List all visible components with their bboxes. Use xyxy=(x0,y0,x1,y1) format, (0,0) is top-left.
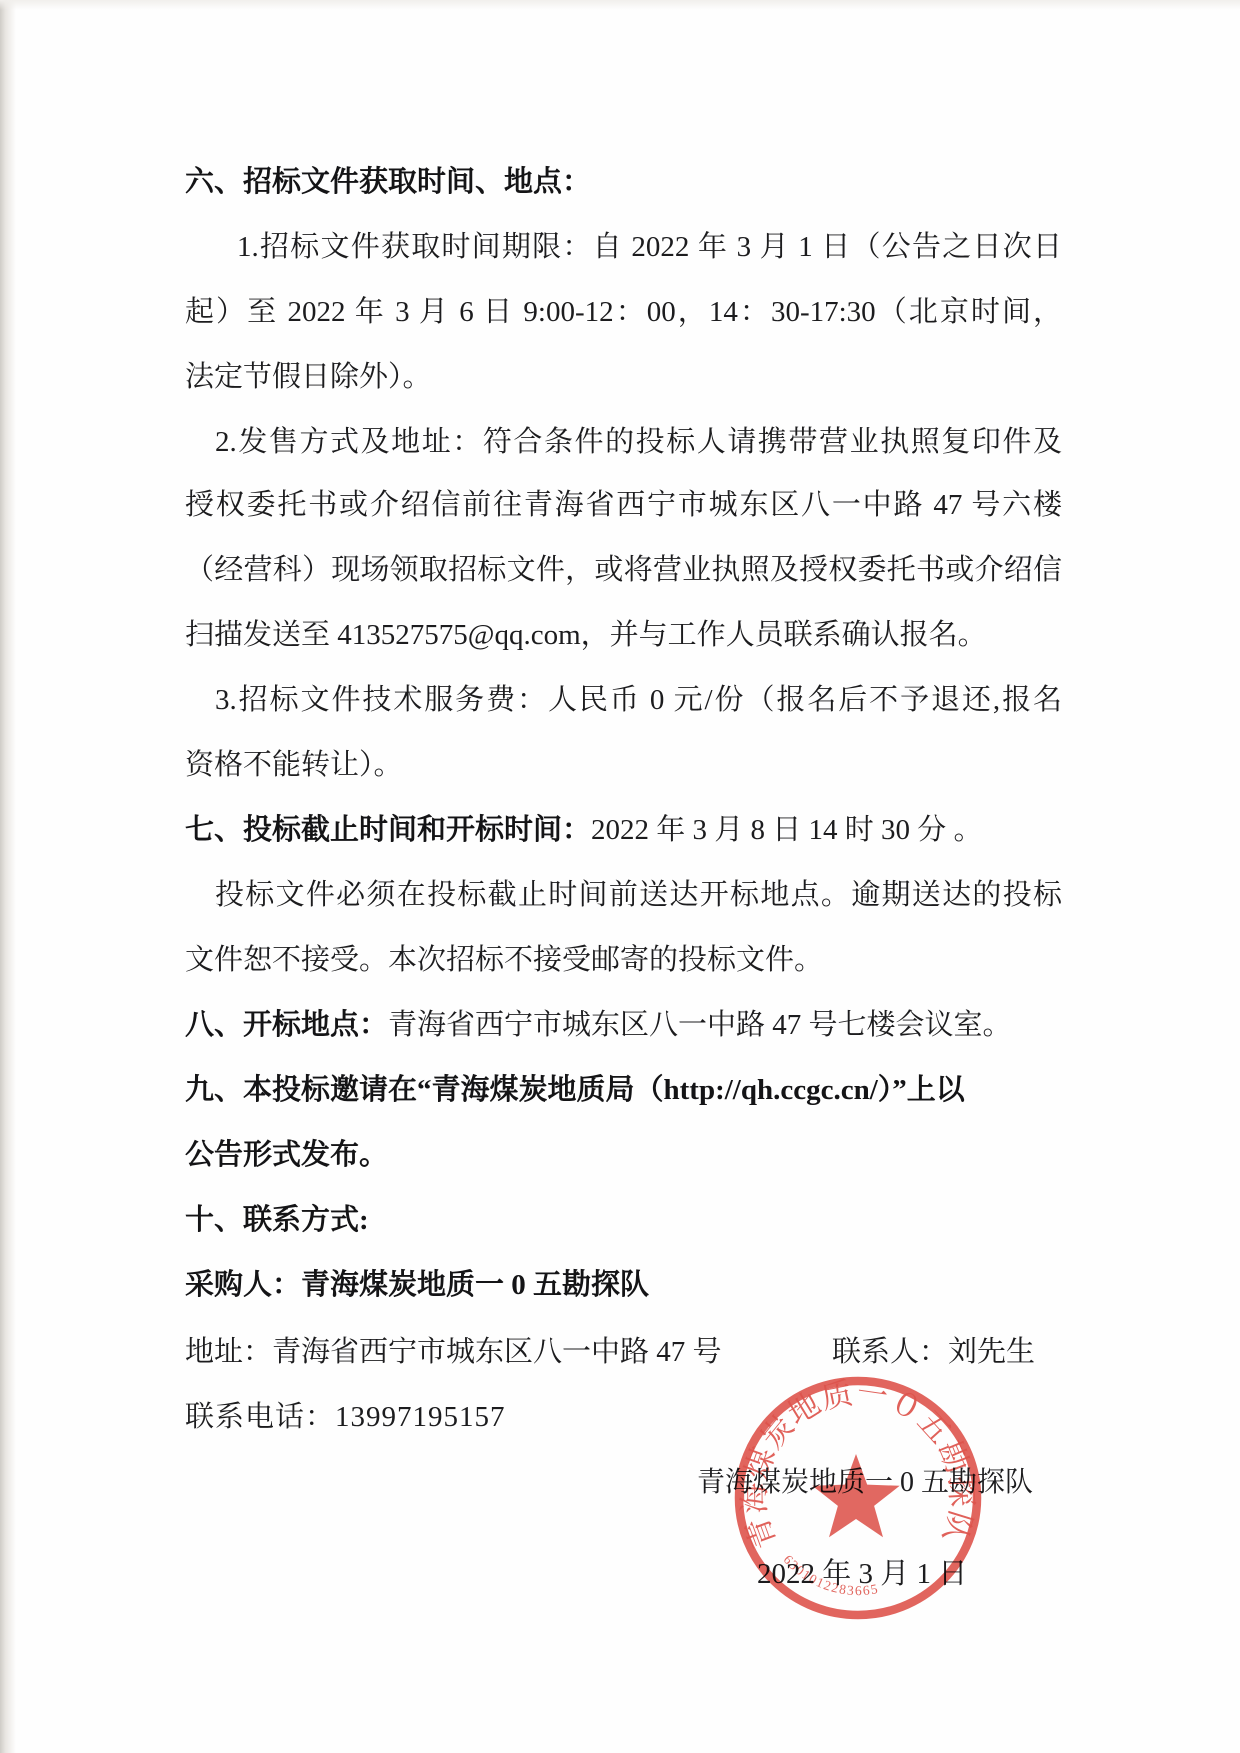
doc-line-text: 文件恕不接受。本次招标不接受邮寄的投标文件。 xyxy=(185,944,823,976)
doc-line-text: 投标文件必须在投标截止时间前送达开标地点。逾期送达的投标 xyxy=(215,879,1062,911)
doc-line: 3.招标文件技术服务费：人民币 0 元/份（报名后不予退还,报名 xyxy=(185,682,1062,719)
scan-top-shadow xyxy=(0,0,1240,10)
doc-line: 投标文件必须在投标截止时间前送达开标地点。逾期送达的投标 xyxy=(185,877,1062,914)
doc-line: 文件恕不接受。本次招标不接受邮寄的投标文件。 xyxy=(185,942,1062,979)
doc-line: 六、招标文件获取时间、地点： xyxy=(185,164,1062,201)
doc-line-bold-segment: 八、开标地点： xyxy=(185,1009,388,1041)
doc-line-bold-segment: 六、招标文件获取时间、地点： xyxy=(185,166,591,198)
doc-line: 2.发售方式及地址：符合条件的投标人请携带营业执照复印件及 xyxy=(185,424,1062,461)
doc-line: 八、开标地点：青海省西宁市城东区八一中路 47 号七楼会议室。 xyxy=(185,1007,1062,1044)
doc-line: 十、联系方式: xyxy=(185,1202,1062,1239)
doc-line: 公告形式发布。 xyxy=(185,1137,1062,1174)
doc-line: （经营科）现场领取招标文件，或将营业执照及授权委托书或介绍信 xyxy=(185,552,1062,589)
doc-line-text: 2.发售方式及地址：符合条件的投标人请携带营业执照复印件及 xyxy=(215,426,1062,458)
doc-line-text: 资格不能转让）。 xyxy=(185,749,403,781)
doc-line: 授权委托书或介绍信前往青海省西宁市城东区八一中路 47 号六楼 xyxy=(185,487,1062,524)
scan-edge-shadow xyxy=(0,0,16,1753)
document-date: 2022 年 3 月 1 日 xyxy=(757,1556,967,1593)
doc-line-bold-segment: 公告形式发布。 xyxy=(185,1139,388,1171)
doc-line-text: 2022 年 3 月 8 日 14 时 30 分 。 xyxy=(591,814,983,846)
address-line: 地址：青海省西宁市城东区八一中路 47 号 xyxy=(185,1334,722,1371)
doc-line-text: 青海省西宁市城东区八一中路 47 号七楼会议室。 xyxy=(388,1009,1012,1041)
doc-line: 七、投标截止时间和开标时间：2022 年 3 月 8 日 14 时 30 分 。 xyxy=(185,812,1062,849)
doc-line: 扫描发送至 413527575@qq.com，并与工作人员联系确认报名。 xyxy=(185,617,1062,654)
contact-person: 联系人：刘先生 xyxy=(832,1334,1035,1371)
doc-line: 采购人：青海煤炭地质一 0 五勘探队 xyxy=(185,1267,1062,1304)
doc-line-bold-segment: 十、联系方式: xyxy=(185,1204,369,1236)
doc-line-bold-segment: 九、本投标邀请在“青海煤炭地质局（http://qh.ccgc.cn/）”上以 xyxy=(185,1074,965,1106)
contact-phone: 联系电话：13997195157 xyxy=(185,1399,506,1436)
scanned-document-page: 六、招标文件获取时间、地点： 1.招标文件获取时间期限：自 2022 年 3 月… xyxy=(0,0,1240,1753)
doc-line-bold-segment: 七、投标截止时间和开标时间： xyxy=(185,814,591,846)
doc-line-text: 1.招标文件获取时间期限：自 2022 年 3 月 1 日（公告之日次日 xyxy=(237,231,1062,263)
doc-line-text: 授权委托书或介绍信前往青海省西宁市城东区八一中路 47 号六楼 xyxy=(185,489,1062,521)
doc-line-text: （经营科）现场领取招标文件，或将营业执照及授权委托书或介绍信 xyxy=(185,554,1062,586)
doc-line-text: 起）至 2022 年 3 月 6 日 9:00-12：00，14：30-17:3… xyxy=(185,296,1062,328)
doc-line: 起）至 2022 年 3 月 6 日 9:00-12：00，14：30-17:3… xyxy=(185,294,1062,331)
doc-line-bold-segment: 采购人：青海煤炭地质一 0 五勘探队 xyxy=(185,1269,649,1301)
doc-line: 法定节假日除外）。 xyxy=(185,359,1062,396)
doc-line-text: 扫描发送至 413527575@qq.com，并与工作人员联系确认报名。 xyxy=(185,619,987,651)
signature-org-name: 青海煤炭地质一 0 五勘探队 xyxy=(697,1464,1033,1501)
doc-line-text: 法定节假日除外）。 xyxy=(185,361,432,393)
doc-line: 资格不能转让）。 xyxy=(185,747,1062,784)
doc-line: 1.招标文件获取时间期限：自 2022 年 3 月 1 日（公告之日次日 xyxy=(185,229,1062,266)
doc-line-text: 3.招标文件技术服务费：人民币 0 元/份（报名后不予退还,报名 xyxy=(215,684,1062,716)
doc-line: 九、本投标邀请在“青海煤炭地质局（http://qh.ccgc.cn/）”上以 xyxy=(185,1072,1062,1109)
